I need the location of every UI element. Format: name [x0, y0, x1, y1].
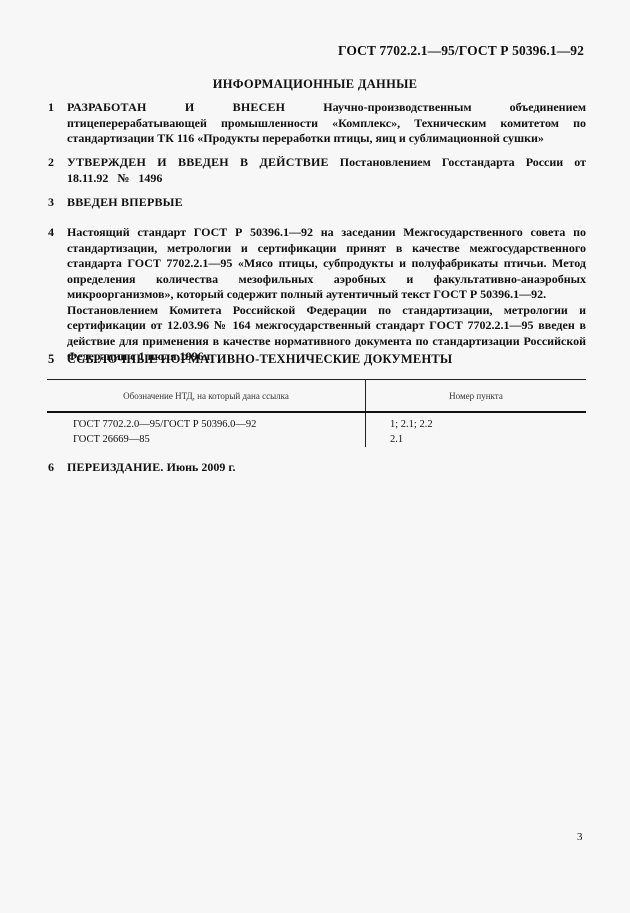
item-number: 2 [48, 155, 68, 171]
column-header-clause: Номер пункта [366, 380, 587, 413]
cell-clause: 1; 2.1; 2.2 [366, 412, 587, 432]
item-number: 6 [48, 460, 68, 476]
item-6: 6 ПЕРЕИЗДАНИЕ. Июнь 2009 г. [48, 460, 586, 476]
item-lead: ССЫЛОЧНЫЕ НОРМАТИВНО-ТЕХНИЧЕСКИЕ ДОКУМЕН… [67, 352, 452, 366]
item-number: 1 [48, 100, 68, 116]
item-number: 3 [48, 195, 68, 211]
page-number: 3 [577, 831, 583, 843]
table-row: ГОСТ 7702.2.0—95/ГОСТ Р 50396.0—92 1; 2.… [47, 412, 586, 432]
item-lead: РАЗРАБОТАН И ВНЕСЕН [67, 100, 285, 114]
item-lead: УТВЕРЖДЕН И ВВЕДЕН В ДЕЙСТВИЕ [67, 155, 329, 169]
running-header: ГОСТ 7702.2.1—95/ГОСТ Р 50396.1—92 [338, 43, 584, 59]
item-lead: ПЕРЕИЗДАНИЕ. [67, 460, 164, 474]
page-title: ИНФОРМАЦИОННЫЕ ДАННЫЕ [0, 77, 630, 92]
item-4: 4 Настоящий стандарт ГОСТ Р 50396.1—92 н… [48, 225, 586, 365]
item-number: 4 [48, 225, 68, 241]
cell-clause: 2.1 [366, 432, 587, 447]
item-number: 5 [48, 352, 68, 368]
item-2: 2 УТВЕРЖДЕН И ВВЕДЕН В ДЕЙСТВИЕ Постанов… [48, 155, 586, 186]
references-table: Обозначение НТД, на который дана ссылка … [47, 379, 586, 447]
item-paragraph: Настоящий стандарт ГОСТ Р 50396.1—92 на … [67, 225, 586, 303]
cell-document: ГОСТ 7702.2.0—95/ГОСТ Р 50396.0—92 [47, 412, 366, 432]
table-row: ГОСТ 26669—85 2.1 [47, 432, 586, 447]
item-lead: ВВЕДЕН ВПЕРВЫЕ [67, 195, 183, 209]
item-text: Июнь 2009 г. [167, 460, 236, 474]
column-header-document: Обозначение НТД, на который дана ссылка [47, 380, 366, 413]
item-1: 1 РАЗРАБОТАН И ВНЕСЕН Научно-производств… [48, 100, 586, 147]
cell-document: ГОСТ 26669—85 [47, 432, 366, 447]
item-5: 5 ССЫЛОЧНЫЕ НОРМАТИВНО-ТЕХНИЧЕСКИЕ ДОКУМ… [48, 352, 586, 368]
item-3: 3 ВВЕДЕН ВПЕРВЫЕ [48, 195, 586, 211]
